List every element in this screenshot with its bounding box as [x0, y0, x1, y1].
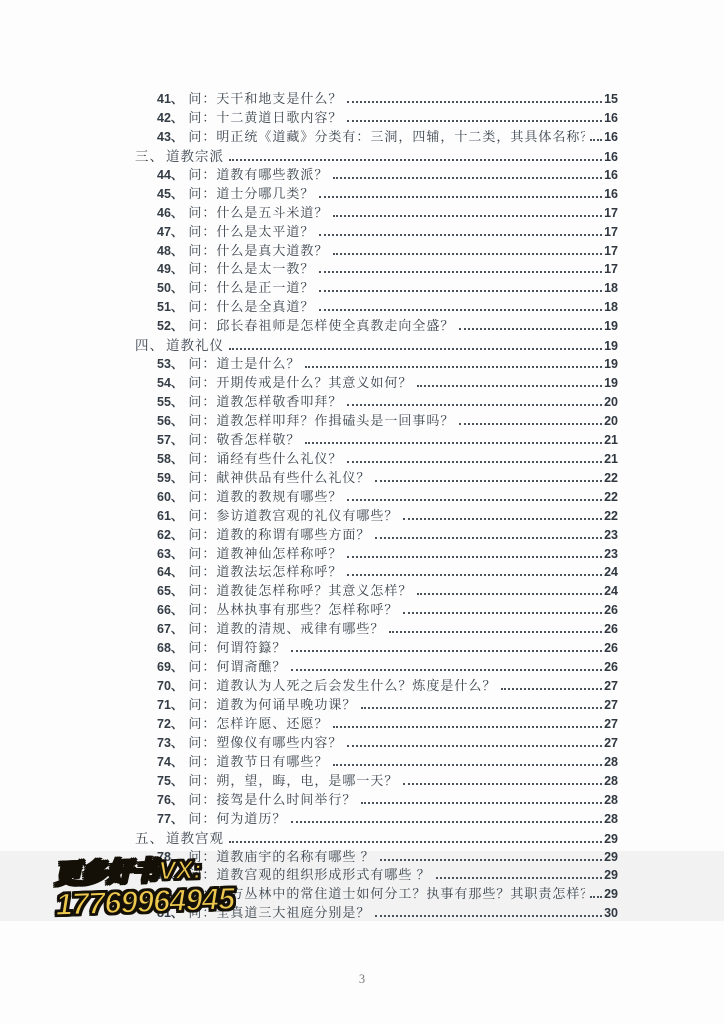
- toc-item-row: 62、 问：道教的称谓有哪些方面？ 23: [135, 524, 618, 543]
- toc-entry-number: 60、: [157, 487, 183, 505]
- toc-entry-number: 72、: [157, 714, 183, 732]
- toc-entry-title: 问：道教的教规有哪些？: [188, 486, 342, 505]
- toc-entry-title: 问：道教庙宇的名称有哪些 ？: [188, 846, 374, 865]
- dotted-leader: [319, 308, 602, 311]
- toc-entry-title: 问：十方丛林中的常住道士如何分工？执事有那些？其职责怎样？: [188, 883, 585, 902]
- toc-entry-title: 问：接驾是什么时间举行？: [188, 789, 356, 808]
- toc-entry-number: 45、: [157, 184, 183, 202]
- toc-entry-number: 56、: [157, 411, 183, 429]
- dotted-leader: [417, 592, 602, 595]
- toc-entry-page: 30: [604, 906, 618, 920]
- dotted-leader: [319, 195, 602, 198]
- dotted-leader: [347, 555, 602, 558]
- dotted-leader: [347, 100, 602, 103]
- toc-entry-page: 26: [604, 641, 618, 655]
- dotted-leader: [347, 403, 602, 406]
- dotted-leader: [229, 158, 602, 161]
- dotted-leader: [319, 233, 602, 236]
- toc-item-row: 74、 问：道教节日有哪些？ 28: [135, 751, 618, 770]
- toc-entry-number: 50、: [157, 278, 183, 296]
- dotted-leader: [403, 611, 602, 614]
- toc-item-row: 80、 问：十方丛林中的常住道士如何分工？执事有那些？其职责怎样？ 29: [135, 883, 618, 902]
- dotted-leader: [333, 725, 602, 728]
- toc-entry-title: 问：什么是正一道？: [188, 277, 314, 296]
- toc-entry-page: 28: [604, 793, 618, 807]
- toc-entry-number: 五、: [135, 827, 164, 847]
- toc-entry-title: 问：朔，望，晦，电，是哪一天？: [188, 770, 398, 789]
- dotted-leader: [403, 517, 602, 520]
- dotted-leader: [375, 536, 602, 539]
- dotted-leader: [291, 820, 602, 823]
- toc-item-row: 58、 问：诵经有些什么礼仪？ 21: [135, 448, 618, 467]
- toc-entry-number: 51、: [157, 297, 183, 315]
- toc-item-row: 72、 问：怎样许愿、还愿？ 27: [135, 713, 618, 732]
- toc-entry-number: 69、: [157, 657, 183, 675]
- toc-entry-number: 43、: [157, 127, 183, 145]
- toc-entry-page: 24: [604, 584, 618, 598]
- dotted-leader: [347, 119, 602, 122]
- toc-item-row: 60、 问：道教的教规有哪些？ 22: [135, 486, 618, 505]
- toc-section-row: 三、 道教宗派 16: [135, 145, 618, 164]
- toc-entry-page: 28: [604, 755, 618, 769]
- toc-entry-number: 75、: [157, 771, 183, 789]
- toc-entry-number: 61、: [157, 506, 183, 524]
- toc-entry-title: 问：什么是太平道？: [188, 221, 314, 240]
- toc-entry-page: 29: [604, 887, 618, 901]
- dotted-leader: [347, 744, 602, 747]
- toc-item-row: 42、 问：十二黄道日歌内容？ 16: [135, 107, 618, 126]
- toc-entry-page: 17: [604, 262, 618, 276]
- toc-entry-title: 问：道教有哪些教派？: [188, 164, 328, 183]
- toc-entry-title: 问：什么是太一教？: [188, 258, 314, 277]
- toc-item-row: 70、 问：道教认为人死之后会发生什么？炼度是什么？ 27: [135, 675, 618, 694]
- toc-entry-page: 16: [604, 168, 618, 182]
- toc-entry-title: 问：何谓符籙？: [188, 637, 286, 656]
- toc-entry-title: 问：道教神仙怎样称呼？: [188, 543, 342, 562]
- toc-entry-title: 问：参访道教宫观的礼仪有哪些？: [188, 505, 398, 524]
- toc-entry-title: 问：怎样许愿、还愿？: [188, 713, 328, 732]
- dotted-leader: [333, 252, 602, 255]
- toc-entry-title: 问：何为道历？: [188, 808, 286, 827]
- toc-entry-number: 53、: [157, 354, 183, 372]
- dotted-leader: [305, 365, 602, 368]
- dotted-leader: [291, 668, 602, 671]
- toc-item-row: 65、 问：道教徒怎样称呼？其意义怎样？ 24: [135, 580, 618, 599]
- toc-entry-page: 19: [604, 357, 618, 371]
- toc-entry-title: 问：道教为何诵早晚功课？: [188, 694, 356, 713]
- toc-entry-number: 47、: [157, 222, 183, 240]
- dotted-leader: [333, 763, 602, 766]
- dotted-leader: [361, 706, 602, 709]
- toc-item-row: 79、 问：道教宫观的组织形成形式有哪些 ？ 29: [135, 864, 618, 883]
- toc-entry-number: 49、: [157, 259, 183, 277]
- toc-entry-page: 20: [604, 395, 618, 409]
- toc-entry-title: 问：明正统《道藏》分类有：三洞，四辅，十二类，其具体名称？: [188, 126, 585, 145]
- toc-item-row: 75、 问：朔，望，晦，电，是哪一天？ 28: [135, 770, 618, 789]
- dotted-leader: [436, 876, 602, 879]
- dotted-leader: [459, 327, 602, 330]
- dotted-leader: [459, 422, 602, 425]
- toc-entry-number: 44、: [157, 165, 183, 183]
- toc-entry-page: 17: [604, 206, 618, 220]
- dotted-leader: [361, 801, 602, 804]
- toc-entry-page: 19: [604, 376, 618, 390]
- toc-entry-number: 71、: [157, 695, 183, 713]
- dotted-leader: [501, 687, 602, 690]
- toc-entry-number: 68、: [157, 638, 183, 656]
- dotted-leader: [347, 460, 602, 463]
- dotted-leader: [417, 384, 602, 387]
- toc-list: 41、 问：天干和地支是什么？ 15 42、 问：十二黄道日歌内容？ 16 43…: [135, 88, 618, 921]
- toc-entry-title: 问：十二黄道日歌内容？: [188, 107, 342, 126]
- toc-item-row: 55、 问：道教怎样敬香叩拜？ 20: [135, 391, 618, 410]
- toc-entry-page: 28: [604, 812, 618, 826]
- toc-entry-title: 问：道教的清规、戒律有哪些？: [188, 618, 384, 637]
- toc-entry-page: 18: [604, 300, 618, 314]
- toc-item-row: 48、 问：什么是真大道教？ 17: [135, 240, 618, 259]
- toc-item-row: 61、 问：参访道教宫观的礼仪有哪些？ 22: [135, 505, 618, 524]
- toc-item-row: 45、 问：道士分哪几类？ 16: [135, 183, 618, 202]
- toc-entry-page: 22: [604, 509, 618, 523]
- toc-entry-page: 16: [604, 111, 618, 125]
- toc-entry-page: 15: [604, 92, 618, 106]
- toc-entry-number: 73、: [157, 733, 183, 751]
- dotted-leader: [319, 270, 602, 273]
- toc-entry-title: 问：塑像仪有哪些内容？: [188, 732, 342, 751]
- toc-entry-title: 问：开期传戒是什么？其意义如何？: [188, 372, 412, 391]
- toc-entry-page: 16: [604, 187, 618, 201]
- toc-entry-number: 76、: [157, 790, 183, 808]
- toc-item-row: 81、 问：全真道三大祖庭分别是？ 30: [135, 902, 618, 921]
- toc-entry-number: 78、: [157, 847, 183, 865]
- toc-item-row: 41、 问：天干和地支是什么？ 15: [135, 88, 618, 107]
- document-page: 41、 问：天干和地支是什么？ 15 42、 问：十二黄道日歌内容？ 16 43…: [0, 0, 724, 1024]
- toc-entry-number: 65、: [157, 581, 183, 599]
- toc-entry-page: 27: [604, 717, 618, 731]
- toc-item-row: 76、 问：接驾是什么时间举行？ 28: [135, 789, 618, 808]
- toc-section-row: 五、 道教宫观 29: [135, 827, 618, 846]
- toc-entry-title: 问：丛林执事有那些？怎样称呼？: [188, 599, 398, 618]
- toc-item-row: 56、 问：道教怎样叩拜？作揖磕头是一回事吗？ 20: [135, 410, 618, 429]
- dotted-leader: [347, 573, 602, 576]
- toc-entry-page: 24: [604, 565, 618, 579]
- toc-entry-title: 问：道教怎样叩拜？作揖磕头是一回事吗？: [188, 410, 454, 429]
- toc-entry-page: 16: [604, 150, 618, 164]
- toc-entry-page: 26: [604, 603, 618, 617]
- toc-entry-page: 17: [604, 225, 618, 239]
- toc-entry-number: 81、: [157, 903, 183, 921]
- toc-entry-title: 问：道教的称谓有哪些方面？: [188, 524, 370, 543]
- toc-entry-page: 27: [604, 736, 618, 750]
- toc-entry-title: 问：何谓斋醮？: [188, 656, 286, 675]
- toc-entry-page: 22: [604, 471, 618, 485]
- dotted-leader: [375, 479, 602, 482]
- toc-item-row: 78、 问：道教庙宇的名称有哪些 ？ 29: [135, 846, 618, 865]
- toc-entry-number: 55、: [157, 392, 183, 410]
- toc-entry-page: 26: [604, 660, 618, 674]
- toc-entry-page: 21: [604, 433, 618, 447]
- toc-item-row: 69、 问：何谓斋醮？ 26: [135, 656, 618, 675]
- toc-entry-number: 54、: [157, 373, 183, 391]
- toc-item-row: 47、 问：什么是太平道？ 17: [135, 221, 618, 240]
- toc-entry-title: 问：天干和地支是什么？: [188, 88, 342, 107]
- toc-entry-number: 74、: [157, 752, 183, 770]
- toc-entry-number: 59、: [157, 468, 183, 486]
- toc-entry-page: 22: [604, 490, 618, 504]
- toc-item-row: 49、 问：什么是太一教？ 17: [135, 258, 618, 277]
- toc-entry-title: 问：道士是什么？: [188, 353, 300, 372]
- dotted-leader: [229, 347, 602, 350]
- toc-entry-title: 问：道教法坛怎样称呼？: [188, 561, 342, 580]
- dotted-leader: [291, 649, 602, 652]
- dotted-leader: [347, 498, 602, 501]
- toc-entry-number: 62、: [157, 525, 183, 543]
- toc-entry-title: 问：献神供品有些什么礼仪？: [188, 467, 370, 486]
- dotted-leader: [229, 840, 602, 843]
- toc-entry-number: 58、: [157, 449, 183, 467]
- toc-item-row: 57、 问：敬香怎样敬？ 21: [135, 429, 618, 448]
- dotted-leader: [319, 289, 602, 292]
- toc-entry-page: 27: [604, 698, 618, 712]
- toc-entry-title: 问：道教宫观的组织形成形式有哪些 ？: [188, 864, 430, 883]
- toc-entry-number: 52、: [157, 316, 183, 334]
- toc-entry-number: 46、: [157, 203, 183, 221]
- toc-entry-number: 80、: [157, 884, 183, 902]
- toc-entry-number: 63、: [157, 544, 183, 562]
- toc-item-row: 67、 问：道教的清规、戒律有哪些？ 26: [135, 618, 618, 637]
- toc-entry-number: 79、: [157, 865, 183, 883]
- toc-entry-page: 23: [604, 547, 618, 561]
- toc-entry-number: 70、: [157, 676, 183, 694]
- toc-item-row: 77、 问：何为道历？ 28: [135, 808, 618, 827]
- toc-item-row: 73、 问：塑像仪有哪些内容？ 27: [135, 732, 618, 751]
- dotted-leader: [590, 138, 602, 141]
- toc-entry-page: 16: [604, 130, 618, 144]
- toc-entry-title: 问：邱长春祖师是怎样使全真教走向全盛？: [188, 315, 454, 334]
- toc-entry-number: 三、: [135, 145, 164, 165]
- toc-entry-title: 问：道教节日有哪些？: [188, 751, 328, 770]
- toc-entry-page: 17: [604, 244, 618, 258]
- toc-entry-title: 道教宗派: [166, 145, 224, 165]
- toc-entry-page: 29: [604, 832, 618, 846]
- toc-item-row: 52、 问：邱长春祖师是怎样使全真教走向全盛？ 19: [135, 315, 618, 334]
- toc-entry-title: 问：道教徒怎样称呼？其意义怎样？: [188, 580, 412, 599]
- toc-entry-title: 道教礼仪: [166, 334, 224, 354]
- toc-entry-page: 29: [604, 850, 618, 864]
- dotted-leader: [333, 214, 602, 217]
- toc-entry-number: 57、: [157, 430, 183, 448]
- toc-entry-page: 28: [604, 774, 618, 788]
- toc-entry-title: 问：敬香怎样敬？: [188, 429, 300, 448]
- toc-entry-page: 29: [604, 868, 618, 882]
- toc-item-row: 43、 问：明正统《道藏》分类有：三洞，四辅，十二类，其具体名称？ 16: [135, 126, 618, 145]
- toc-entry-number: 48、: [157, 241, 183, 259]
- toc-entry-number: 42、: [157, 108, 183, 126]
- toc-entry-number: 77、: [157, 809, 183, 827]
- toc-entry-page: 26: [604, 622, 618, 636]
- toc-entry-page: 21: [604, 452, 618, 466]
- toc-entry-title: 问：道教认为人死之后会发生什么？炼度是什么？: [188, 675, 496, 694]
- toc-entry-number: 四、: [135, 334, 164, 354]
- toc-entry-title: 问：诵经有些什么礼仪？: [188, 448, 342, 467]
- toc-item-row: 53、 问：道士是什么？ 19: [135, 353, 618, 372]
- toc-item-row: 68、 问：何谓符籙？ 26: [135, 637, 618, 656]
- toc-item-row: 63、 问：道教神仙怎样称呼？ 23: [135, 543, 618, 562]
- page-number: 3: [0, 972, 724, 987]
- toc-entry-number: 66、: [157, 600, 183, 618]
- toc-item-row: 59、 问：献神供品有些什么礼仪？ 22: [135, 467, 618, 486]
- toc-entry-title: 问：道教怎样敬香叩拜？: [188, 391, 342, 410]
- toc-entry-page: 20: [604, 414, 618, 428]
- dotted-leader: [375, 914, 602, 917]
- toc-item-row: 54、 问：开期传戒是什么？其意义如何？ 19: [135, 372, 618, 391]
- toc-entry-title: 问：什么是真大道教？: [188, 240, 328, 259]
- dotted-leader: [590, 895, 602, 898]
- toc-item-row: 66、 问：丛林执事有那些？怎样称呼？ 26: [135, 599, 618, 618]
- toc-entry-number: 64、: [157, 562, 183, 580]
- toc-entry-page: 27: [604, 679, 618, 693]
- toc-item-row: 71、 问：道教为何诵早晚功课？ 27: [135, 694, 618, 713]
- toc-section-row: 四、 道教礼仪 19: [135, 334, 618, 353]
- dotted-leader: [380, 858, 602, 861]
- toc-entry-page: 19: [604, 319, 618, 333]
- toc-item-row: 51、 问：什么是全真道？ 18: [135, 296, 618, 315]
- dotted-leader: [333, 176, 602, 179]
- toc-item-row: 64、 问：道教法坛怎样称呼？ 24: [135, 561, 618, 580]
- toc-entry-title: 问：道士分哪几类？: [188, 183, 314, 202]
- toc-entry-page: 18: [604, 281, 618, 295]
- toc-item-row: 44、 问：道教有哪些教派？ 16: [135, 164, 618, 183]
- toc-entry-title: 问：什么是五斗米道？: [188, 202, 328, 221]
- toc-item-row: 46、 问：什么是五斗米道？ 17: [135, 202, 618, 221]
- toc-entry-page: 23: [604, 528, 618, 542]
- dotted-leader: [305, 441, 602, 444]
- toc-entry-title: 道教宫观: [166, 827, 224, 847]
- dotted-leader: [403, 782, 602, 785]
- toc-entry-number: 41、: [157, 89, 183, 107]
- toc-entry-title: 问：全真道三大祖庭分别是？: [188, 902, 370, 921]
- toc-entry-page: 19: [604, 339, 618, 353]
- toc-entry-title: 问：什么是全真道？: [188, 296, 314, 315]
- toc-entry-number: 67、: [157, 619, 183, 637]
- dotted-leader: [389, 630, 602, 633]
- toc-item-row: 50、 问：什么是正一道？ 18: [135, 277, 618, 296]
